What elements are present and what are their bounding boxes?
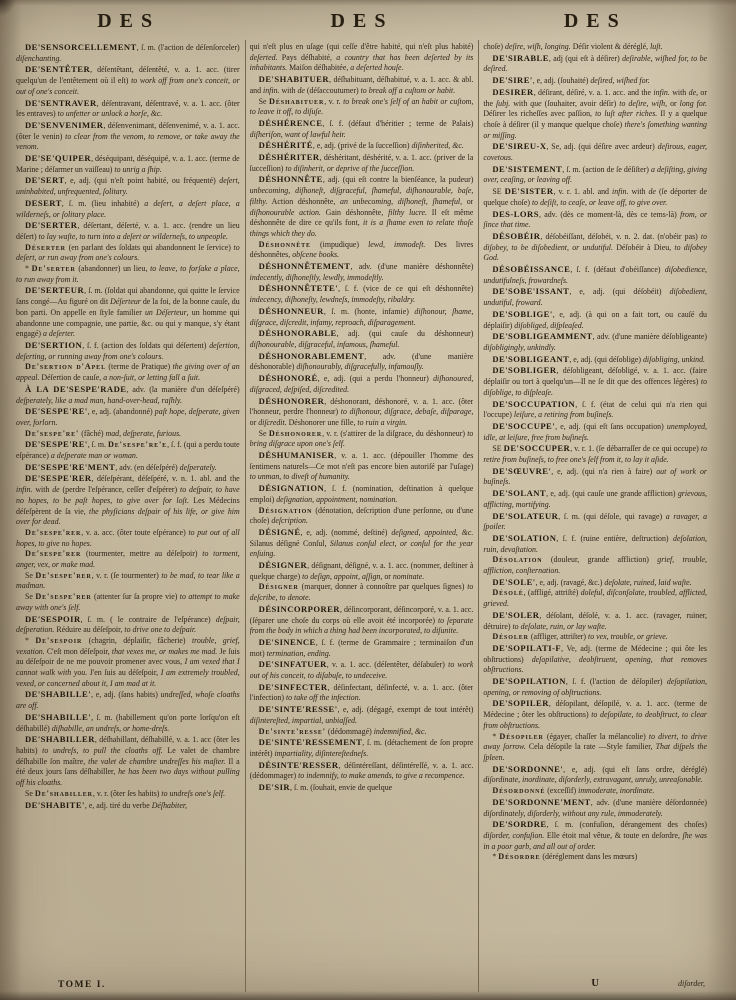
dictionary-entry: DÉSIGNATION, ſ. f. (nomination, deſtinat…: [250, 483, 474, 505]
catchword: diſorder,: [678, 979, 705, 988]
dictionary-entry: DE'SESPE'RER, déſeſpérant, déſeſpéré, v.…: [16, 473, 240, 528]
column-1-entries: DE'SENSORCELLEMENT, ſ. m. (l'action de d…: [16, 42, 240, 979]
running-head-row: DES DES DES: [12, 6, 712, 40]
dictionary-entry: Désolé, (affligé, attriſté) doleful, diſ…: [483, 588, 707, 609]
dictionary-entry: DE'SENSORCELLEMENT, ſ. m. (l'action de d…: [16, 42, 240, 64]
dictionary-entry: DE'SOCCUPE', e, adj. (qui eſt ſans occup…: [483, 421, 707, 443]
dictionary-entry: * Désopiler (égayer, chaſſer la mélancol…: [483, 732, 707, 764]
column-2-entries: qui n'eſt plus en uſage (qui ceſſe d'êtr…: [250, 42, 474, 992]
dictionary-entry: DÉSHÉRITÉ, e, adj. (privé de la ſucceſſi…: [250, 140, 474, 152]
dictionary-entry: DE'SOLATION, ſ. f. (ruine entière, deſtr…: [483, 533, 707, 555]
dictionary-entry: DÉSHUMANISER, v. a. 1. acc. (dépouiller …: [250, 450, 474, 483]
dictionary-entry: SE DE'SOCCUPER, v. r. 1. (ſe débarraſſer…: [483, 443, 707, 465]
running-head: DES: [564, 10, 627, 33]
dictionary-entry: DE'SENTÊTER, déſentêtant, déſentêté, v. …: [16, 64, 240, 97]
dictionary-page: DES DES DES DE'SENSORCELLEMENT, ſ. m. (l…: [0, 0, 736, 1000]
dictionary-entry: DE'SERTEUR, ſ. m. (ſoldat qui abandonne,…: [16, 285, 240, 340]
dictionary-entry: DÉSINCORPORER, déſincorporant, déſincorp…: [250, 604, 474, 637]
dictionary-entry: DÉSHONNÊTETE', ſ. f. (vice de ce qui eſt…: [250, 283, 474, 305]
dictionary-entry: DE'SINTE'RESSE', e, adj. (dégagé, exempt…: [250, 704, 474, 726]
dictionary-entry: DÉSHÉRENCE, ſ. f. (défaut d'héritier ; t…: [250, 118, 474, 140]
dictionary-entry: * De'sespoir (chagrin, déplaiſir, fâcher…: [16, 636, 240, 690]
column-3-footer: U diſorder,: [483, 978, 707, 992]
dictionary-entry: DE'SHABILLE', e, adj. (ſans habits) undr…: [16, 689, 240, 711]
dictionary-entry: Déshonnête (impudique) lewd, immodeſt. D…: [250, 240, 474, 261]
column-3-entries: choſe) deſire, wiſh, longing. Déſir viol…: [483, 42, 707, 978]
dictionary-entry: DÉSINTE'RESSER, déſintéreſſant, déſintér…: [250, 760, 474, 782]
dictionary-entry: DÉSHONORABLEMENT, adv. (d'une manière dé…: [250, 351, 474, 373]
dictionary-entry: Se De'sespe'rer (attenter ſur ſa propre …: [16, 592, 240, 613]
dictionary-entry: DE'SESPOIR, ſ. m. ( le contraire de l'eſ…: [16, 614, 240, 636]
dictionary-entry: À LA DE'SESPE'RADE, adv. (la manière d'u…: [16, 384, 240, 406]
dictionary-entry: * De'serter (abandonner) un lieu, to lea…: [16, 264, 240, 285]
dictionary-entry: DE'SOPILATI-F, Ve, adj. (terme de Médeci…: [483, 643, 707, 676]
dictionary-entry: qui n'eſt plus en uſage (qui ceſſe d'êtr…: [250, 42, 474, 74]
dictionary-entry: DE'SOLER, déſolant, déſolé, v. a. 1. acc…: [483, 610, 707, 632]
dictionary-entry: DE'SIRE', e, adj. (ſouhaité) deſired, wi…: [483, 75, 707, 87]
dictionary-entry: DE'SOBLIGEANT, e, adj. (qui déſoblige) d…: [483, 354, 707, 366]
dictionary-entry: DÉSIGNER, déſignant, déſigné, v. a. 1. a…: [250, 560, 474, 582]
dictionary-entry: DE'SE'QUIPER, déséquipant, déséquipé, v.…: [16, 153, 240, 175]
dictionary-entry: * Désordre (déréglement dans les mœurs): [483, 852, 707, 863]
column-container: DE'SENSORCELLEMENT, ſ. m. (l'action de d…: [12, 40, 712, 992]
dictionary-entry: De'sespe're' (fâché) mad, deſperate, fur…: [16, 429, 240, 440]
dictionary-entry: Déserter (en parlant des ſoldats qui aba…: [16, 243, 240, 264]
dictionary-entry: DÉSHONNÊTE, adj. (qui eſt contre la bien…: [250, 174, 474, 239]
dictionary-entry: DE'SOPILER, déſopilant, déſopilé, v. a. …: [483, 698, 707, 731]
dictionary-entry: DE'SINFATUER, v. a. 1. acc. (déſentêter,…: [250, 659, 474, 681]
dictionary-entry: DE'SENTRAVER, déſentravant, déſentravé, …: [16, 98, 240, 120]
dictionary-entry: DE'SOLANT, e, adj. (qui cauſe une grande…: [483, 488, 707, 510]
dictionary-entry: DE'SHABILLE', ſ. m. (habillement qu'on p…: [16, 712, 240, 734]
tome-label: TOME I.: [16, 979, 240, 992]
dictionary-entry: DÉSOBÉIR, déſobéiſſant, déſobéi, v. n. 2…: [483, 231, 707, 264]
dictionary-entry: Désolation (douleur, grande affliction) …: [483, 555, 707, 576]
running-head: DES: [97, 10, 160, 33]
dictionary-entry: DE'SISTEMENT, ſ. m. (action de ſe déſiſt…: [483, 164, 707, 186]
dictionary-entry: DE'SESPE'RE', ſ. m. De'sespe're'e, ſ. f.…: [16, 439, 240, 461]
column-2: qui n'eſt plus en uſage (qui ceſſe d'êtr…: [245, 40, 479, 992]
dictionary-entry: DE'SHABILLER, déſhabillant, déſhabillé, …: [16, 734, 240, 789]
column-3: choſe) deſire, wiſh, longing. Déſir viol…: [478, 40, 712, 992]
dictionary-entry: DE'SIRABLE, adj (qui eſt à déſirer) deſi…: [483, 53, 707, 75]
dictionary-entry: DÉSIGNÉ, e, adj. (nommé, deſtiné) deſign…: [250, 527, 474, 560]
dictionary-entry: DE'SIR, ſ. m. (ſouhait, envie de quelque: [250, 782, 474, 794]
dictionary-entry: DÉSOBÉISSANCE, ſ. f. (défaut d'obéiſſanc…: [483, 264, 707, 286]
column-1: DE'SENSORCELLEMENT, ſ. m. (l'action de d…: [12, 40, 245, 992]
dictionary-entry: DE'SOLATEUR, ſ. m. (qui déſole, qui rava…: [483, 511, 707, 533]
dictionary-entry: DE'SHABITE', e, adj. tiré du verbe Déſha…: [16, 800, 240, 812]
dictionary-entry: DESIRER, déſirant, déſiré, v. a. 1. acc.…: [483, 87, 707, 142]
dictionary-entry: DÉSHONNÊTEMENT, adv. (d'une manière désh…: [250, 261, 474, 283]
dictionary-entry: DÉSHÉRITER, déshéritant, déshérité, v. a…: [250, 152, 474, 174]
dictionary-entry: DE'SORDRE, ſ. m. (confuſion, dérangement…: [483, 819, 707, 852]
dictionary-entry: De'sespe'rer (tourmenter, mettre au déſe…: [16, 549, 240, 570]
dictionary-entry: Se De'shabiller, v. r. (ôter ſes habits)…: [16, 789, 240, 800]
dictionary-entry: DE'SIREU-X, Se, adj. (qui déſire avec ar…: [483, 141, 707, 163]
dictionary-entry: DÉSHONORER, déshonorant, déshonoré, v. a…: [250, 396, 474, 429]
dictionary-entry: DE'SHABITUER, déſhabituant, déſhabitué, …: [250, 74, 474, 96]
dictionary-entry: DE'SINTE'RESSEMENT, ſ. m. (détachement d…: [250, 737, 474, 759]
dictionary-entry: DE'SERTER, déſertant, déſerté, v. a. 1. …: [16, 220, 240, 242]
dictionary-entry: DESERT, ſ. m. (lieu inhabité) a deſert, …: [16, 198, 240, 220]
signature-mark: U: [483, 978, 707, 989]
dictionary-entry: choſe) deſire, wiſh, longing. Déſir viol…: [483, 42, 707, 53]
dictionary-entry: DE'SOBE'ISSANT, e, adj. (qui déſobéit) d…: [483, 286, 707, 308]
dictionary-entry: Se De'sespe'rer, v. r. (ſe tourmenter) t…: [16, 571, 240, 592]
dictionary-entry: Se Déshonorer, v. r. (s'attirer de la di…: [250, 429, 474, 450]
dictionary-entry: De'sespe'rer, v. a. acc. (ôter toute eſp…: [16, 528, 240, 549]
dictionary-entry: DÉSHONNEUR, ſ. m. (honte, infamie) diſho…: [250, 306, 474, 328]
dictionary-entry: DE'SOLE', e, adj. (ravagé, &c.) deſolate…: [483, 577, 707, 589]
column-1-footer: TOME I.: [16, 979, 240, 992]
dictionary-entry: DE'SOBLIGE', e, adj. (à qui on a fait to…: [483, 309, 707, 331]
dictionary-entry: DES-LORS, adv. (dès ce moment-là, dès ce…: [483, 209, 707, 231]
dictionary-entry: Désigner (marquer, donner à connoître pa…: [250, 582, 474, 603]
dictionary-entry: DE'SERT, e, adj. (qui n'eſt point habité…: [16, 175, 240, 197]
dictionary-entry: DE'SORDONNE', e, adj. (qui eſt ſans ordr…: [483, 764, 707, 786]
dictionary-entry: Désordonné (exceſſif) immoderate, inordi…: [483, 786, 707, 797]
dictionary-entry: DÉSHONORÉ, e, adj. (qui a perdu l'honneu…: [250, 373, 474, 395]
dictionary-entry: DE'SENVENIMER, déſenvenimant, déſenvenim…: [16, 120, 240, 153]
dictionary-entry: DE'SINENCE, ſ. f. (terme de Grammaire ; …: [250, 637, 474, 659]
dictionary-entry: DE'SOBLIGEAMMENT, adv. (d'une manière dé…: [483, 331, 707, 353]
dictionary-entry: DE'SOCCUPATION, ſ. f. (état de celui qui…: [483, 399, 707, 421]
dictionary-entry: DE'SOBLIGER, déſobligeant, déſobligé, v.…: [483, 365, 707, 398]
dictionary-entry: Se Déshabituer, v. r. to break one's ſel…: [250, 97, 474, 118]
dictionary-entry: DE'SŒUVRE', e, adj. (qui n'a rien à fair…: [483, 466, 707, 488]
dictionary-entry: DE'SINFECTER, déſinfectant, déſinfecté, …: [250, 682, 474, 704]
dictionary-entry: DE'SESPE'RE'MENT, adv. (en déſeſpéré) de…: [16, 462, 240, 474]
dictionary-entry: DE'SESPE'RE', e, adj. (abandonné) paſt h…: [16, 406, 240, 428]
dictionary-entry: DE'SORDONNE'MENT, adv. (d'une manière dé…: [483, 797, 707, 819]
dictionary-entry: DE'SERTION, ſ. f. (action des ſoldats qu…: [16, 340, 240, 362]
dictionary-entry: DE'SOPILATION, ſ. f. (l'action de déſopi…: [483, 676, 707, 698]
dictionary-entry: DÉSHONORABLE, adj. (qui cauſe du déshonn…: [250, 328, 474, 350]
dictionary-entry: De'sinte'resse' (dédommagé) indemnified,…: [250, 727, 474, 738]
dictionary-entry: De'sertion d'Apel (terme de Pratique) th…: [16, 362, 240, 383]
dictionary-entry: SE DE'SISTER, v. r. 1. abl. and infin. w…: [483, 186, 707, 208]
dictionary-entry: Désoler (affliger, attriſter) to vex, tr…: [483, 632, 707, 643]
dictionary-entry: Désignation (dénotation, deſcription d'u…: [250, 506, 474, 527]
running-head: DES: [331, 10, 394, 33]
